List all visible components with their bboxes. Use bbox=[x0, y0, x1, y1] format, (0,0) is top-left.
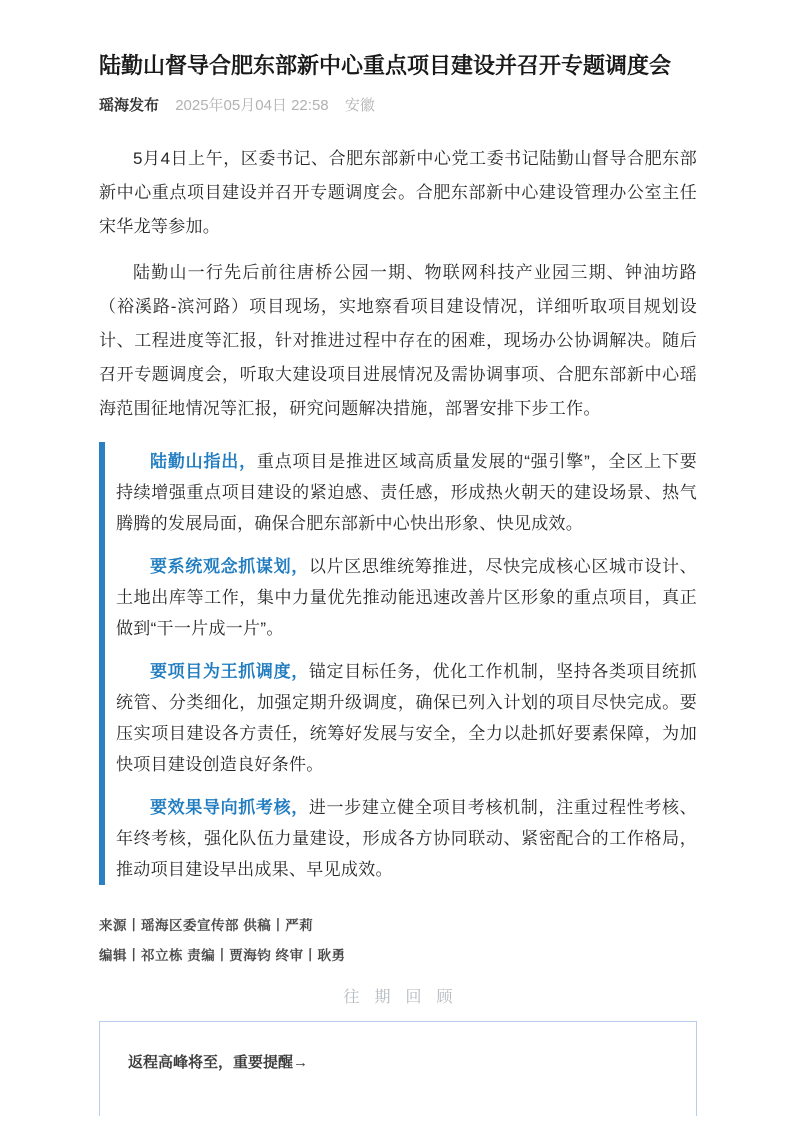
highlight-blockquote: 陆勤山指出，重点项目是推进区域高质量发展的“强引擎”，全区上下要持续增强重点项目… bbox=[99, 442, 697, 885]
publish-time: 2025年05月04日 22:58 bbox=[175, 97, 328, 114]
account-name[interactable]: 瑶海发布 bbox=[99, 97, 159, 114]
credit-line-source: 来源丨瑶海区委宣传部 供稿丨严莉 bbox=[99, 911, 697, 941]
quote-paragraph: 要系统观念抓谋划，以片区思维统筹推进，尽快完成核心区城市设计、土地出库等工作，集… bbox=[116, 551, 697, 644]
credit-line-editors: 编辑丨祁立栋 责编丨贾海钧 终审丨耿勇 bbox=[99, 941, 697, 971]
article-meta: 瑶海发布 2025年05月04日 22:58 安徽 bbox=[99, 95, 697, 116]
quote-lead: 要效果导向抓考核， bbox=[150, 798, 309, 817]
quote-lead: 要系统观念抓谋划， bbox=[150, 557, 309, 576]
article-credits: 来源丨瑶海区委宣传部 供稿丨严莉 编辑丨祁立栋 责编丨贾海钧 终审丨耿勇 bbox=[99, 911, 697, 971]
article-paragraph: 陆勤山一行先后前往唐桥公园一期、物联网科技产业园三期、钟油坊路（裕溪路-滨河路）… bbox=[99, 256, 697, 426]
quote-lead: 陆勤山指出， bbox=[150, 452, 257, 471]
quote-lead: 要项目为王抓调度， bbox=[150, 662, 309, 681]
quote-paragraph: 陆勤山指出，重点项目是推进区域高质量发展的“强引擎”，全区上下要持续增强重点项目… bbox=[116, 446, 697, 539]
quote-paragraph: 要效果导向抓考核，进一步建立健全项目考核机制，注重过程性考核、年终考核，强化队伍… bbox=[116, 792, 697, 885]
related-article-link[interactable]: 返程高峰将至，重要提醒→ bbox=[128, 1052, 668, 1075]
publish-location: 安徽 bbox=[345, 97, 375, 114]
article-title: 陆勤山督导合肥东部新中心重点项目建设并召开专题调度会 bbox=[99, 50, 697, 82]
article-paragraph: 5月4日上午，区委书记、合肥东部新中心党工委书记陆勤山督导合肥东部新中心重点项目… bbox=[99, 142, 697, 244]
related-article-card[interactable]: 返程高峰将至，重要提醒→ bbox=[99, 1021, 697, 1116]
quote-paragraph: 要项目为王抓调度，锚定目标任务，优化工作机制，坚持各类项目统抓统管、分类细化，加… bbox=[116, 656, 697, 780]
previous-issues-heading: 往期回顾 bbox=[99, 987, 697, 1009]
article-page: 陆勤山督导合肥东部新中心重点项目建设并召开专题调度会 瑶海发布 2025年05月… bbox=[0, 0, 793, 1122]
